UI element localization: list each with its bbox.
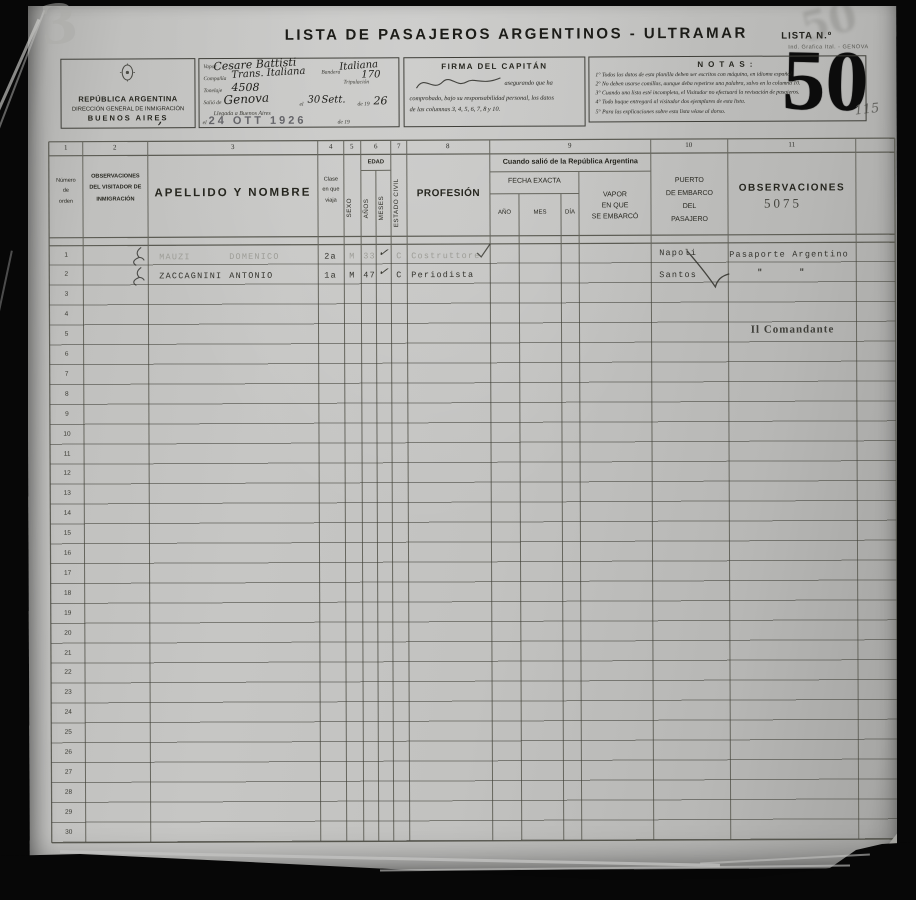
row-number: 22: [51, 669, 85, 676]
col-number-1: 1: [51, 144, 81, 152]
header-numero-2: de: [49, 188, 83, 194]
header-ano: AÑO: [490, 210, 519, 217]
header-puerto-1: PUERTO: [651, 177, 728, 185]
port-check-mark: [679, 247, 735, 293]
header-visitador-3: INMIGRACIÓN: [83, 196, 148, 203]
header-fecha-exacta: FECHA EXACTA: [490, 177, 579, 185]
comandante-stamp: Il Comandante: [729, 323, 857, 336]
header-vapor-1: VAPOR: [579, 191, 651, 199]
row-number: 18: [51, 589, 85, 596]
header-clase-2: en que: [318, 187, 344, 194]
visitador-mark-row2: [127, 265, 147, 287]
header-visitador-2: DEL VISITADOR DE: [83, 185, 148, 192]
passenger1-observations: Pasaporte Argentino: [729, 249, 849, 260]
header-puerto-2: DE EMBARCO: [651, 190, 728, 198]
visitador-mark-row1: [127, 245, 147, 267]
row-number: 11: [50, 450, 84, 457]
passenger2-obs-ditto-1: ": [757, 268, 763, 278]
row-number: 14: [50, 510, 84, 517]
row-number: 26: [51, 749, 85, 756]
row-number: 4: [49, 311, 83, 318]
row-number: 28: [52, 788, 86, 795]
header-cuando-salio: Cuando salió de la República Argentina: [490, 157, 651, 166]
passenger2-months-check: ✓: [377, 264, 389, 279]
passenger1-profession: Costruttore: [411, 251, 480, 261]
col-number-7: 7: [384, 142, 414, 150]
profession-check-row1: [475, 242, 493, 260]
passenger1-civil: C: [396, 251, 402, 261]
passenger1-class: 2a: [324, 252, 337, 262]
passenger2-class: 1a: [324, 271, 337, 281]
row-number: 30: [52, 828, 86, 835]
header-observaciones: OBSERVACIONES: [728, 182, 856, 194]
col-number-10: 10: [674, 141, 704, 149]
passenger1-age-years: 33: [363, 251, 376, 261]
scan-edge-left: [0, 0, 28, 900]
header-vapor-2: EN QUE: [579, 202, 651, 210]
passenger2-civil: C: [396, 270, 402, 280]
row-number: 12: [50, 470, 84, 477]
passenger1-months-check: ✓: [377, 245, 389, 260]
row-number: 29: [52, 808, 86, 815]
document-page: LISTA DE PASAJEROS ARGENTINOS - ULTRAMAR…: [26, 2, 900, 872]
header-numero-1: Número: [49, 178, 83, 184]
row-number: 3: [49, 291, 83, 298]
col-number-2: 2: [100, 143, 130, 151]
header-estado-civil: ESTADO CIVIL: [393, 172, 406, 234]
row-number: 8: [50, 390, 84, 397]
header-apellido: APELLIDO Y NOMBRE: [148, 187, 318, 201]
corner-page-number: 3: [37, 0, 81, 58]
row-number: 27: [51, 769, 85, 776]
col-number-8: 8: [433, 142, 463, 150]
row-number: 16: [50, 550, 84, 557]
header-clase-3: viaja: [318, 197, 344, 204]
passenger2-age-years: 47: [363, 270, 376, 280]
header-puerto-4: PASAJERO: [651, 216, 728, 224]
col-number-11: 11: [777, 140, 807, 148]
passenger2-name: ANTONIO: [229, 271, 273, 281]
header-clase-1: Clase: [318, 177, 344, 184]
header-visitador-1: OBSERVACIONES: [83, 173, 148, 180]
col-number-3: 3: [218, 143, 248, 151]
row-number: 9: [50, 410, 84, 417]
scan-edge-top: [0, 0, 916, 6]
scanned-page-view: LISTA DE PASAJEROS ARGENTINOS - ULTRAMAR…: [0, 0, 916, 900]
header-mes: MES: [519, 210, 561, 217]
header-profesion: PROFESIÓN: [407, 188, 490, 200]
header-numero-3: orden: [49, 198, 83, 204]
row-number: 17: [51, 570, 85, 577]
header-vapor-3: SE EMBARCÓ: [579, 213, 651, 221]
header-puerto-3: DEL: [651, 203, 728, 211]
passenger2-surname: ZACCAGNINI: [159, 271, 222, 281]
row-number: 13: [50, 490, 84, 497]
row-number: 5: [50, 331, 84, 338]
col-number-9: 9: [555, 141, 585, 149]
header-dia: DÍA: [561, 209, 579, 216]
passenger1-surname: MAUZI: [159, 252, 191, 262]
passenger2-sex: M: [349, 270, 355, 280]
row-number: 20: [51, 629, 85, 636]
row-number: 6: [50, 351, 84, 358]
passenger2-profession: Periodista: [411, 270, 474, 280]
row-number: 21: [51, 649, 85, 656]
row-number: 19: [51, 609, 85, 616]
row-number: 1: [49, 251, 83, 258]
header-sexo: SEXO: [346, 182, 359, 232]
header-edad: EDAD: [361, 159, 391, 166]
passenger2-obs-ditto-2: ": [799, 268, 805, 278]
row-number: 7: [50, 371, 84, 378]
row-number: 25: [51, 729, 85, 736]
row-number: 10: [50, 430, 84, 437]
header-meses: MESES: [378, 184, 390, 232]
row-number: 15: [50, 530, 84, 537]
observaciones-number-stamp: 5075: [728, 196, 838, 211]
scan-edge-right: [897, 0, 916, 900]
passenger1-name: DOMENICO: [229, 252, 279, 262]
row-number: 23: [51, 689, 85, 696]
row-number: 24: [51, 709, 85, 716]
header-anos: AÑOS: [363, 184, 375, 232]
row-number: 2: [49, 271, 83, 278]
passenger1-sex: M: [349, 251, 355, 261]
